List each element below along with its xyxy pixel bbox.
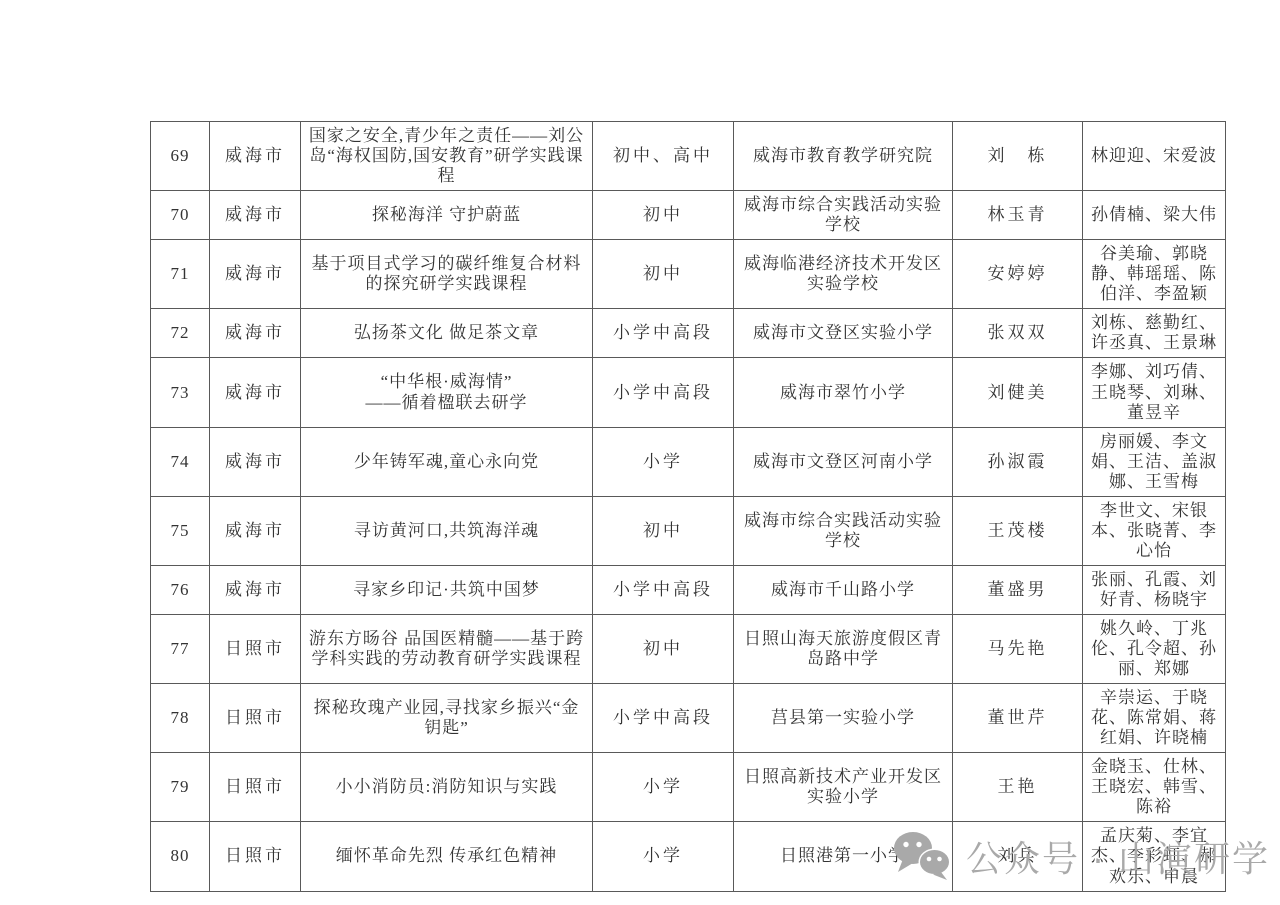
team-members-cell: 李世文、宋银本、张晓菁、李心怡 [1083, 496, 1226, 565]
course-table: 69 威海市 国家之安全,青少年之责任——刘公岛“海权国防,国安教育”研学实践课… [150, 121, 1226, 892]
school-cell: 莒县第一实验小学 [734, 684, 953, 753]
row-number: 71 [151, 240, 210, 309]
team-members-cell: 孙倩楠、梁大伟 [1083, 191, 1226, 240]
table-row: 71 威海市 基于项目式学习的碳纤维复合材料的探究研学实践课程 初中 威海临港经… [151, 240, 1226, 309]
grade-level-cell: 初中 [593, 614, 734, 683]
leader-cell: 董世芹 [953, 684, 1083, 753]
course-name-cell: 寻家乡印记·共筑中国梦 [301, 565, 593, 614]
table-row: 76 威海市 寻家乡印记·共筑中国梦 小学中高段 威海市千山路小学 董盛男 张丽… [151, 565, 1226, 614]
table-row: 73 威海市 “中华根·威海情” ——循着楹联去研学 小学中高段 威海市翠竹小学… [151, 358, 1226, 427]
school-cell: 威海市文登区实验小学 [734, 309, 953, 358]
grade-level-cell: 小学中高段 [593, 684, 734, 753]
leader-cell: 刘 栋 [953, 122, 1083, 191]
course-name-cell: 探秘海洋 守护蔚蓝 [301, 191, 593, 240]
row-number: 75 [151, 496, 210, 565]
course-name-cell: 弘扬茶文化 做足茶文章 [301, 309, 593, 358]
wechat-footer: 公众号 · 山演研学 [892, 829, 1270, 883]
row-number: 70 [151, 191, 210, 240]
team-members-cell: 谷美瑜、郭晓静、韩瑶瑶、陈伯洋、李盈颖 [1083, 240, 1226, 309]
table-row: 79 日照市 小小消防员:消防知识与实践 小学 日照高新技术产业开发区实验小学 … [151, 753, 1226, 822]
document-page: 69 威海市 国家之安全,青少年之责任——刘公岛“海权国防,国安教育”研学实践课… [0, 0, 1280, 905]
leader-cell: 刘健美 [953, 358, 1083, 427]
course-name-cell: 探秘玫瑰产业园,寻找家乡振兴“金钥匙” [301, 684, 593, 753]
leader-cell: 林玉青 [953, 191, 1083, 240]
table-row: 72 威海市 弘扬茶文化 做足茶文章 小学中高段 威海市文登区实验小学 张双双 … [151, 309, 1226, 358]
grade-level-cell: 小学 [593, 822, 734, 891]
table-row: 74 威海市 少年铸军魂,童心永向党 小学 威海市文登区河南小学 孙淑霞 房丽媛… [151, 427, 1226, 496]
leader-cell: 王茂楼 [953, 496, 1083, 565]
table-row: 78 日照市 探秘玫瑰产业园,寻找家乡振兴“金钥匙” 小学中高段 莒县第一实验小… [151, 684, 1226, 753]
city-cell: 日照市 [210, 822, 301, 891]
school-cell: 威海临港经济技术开发区实验学校 [734, 240, 953, 309]
grade-level-cell: 小学 [593, 427, 734, 496]
course-name-cell: 少年铸军魂,童心永向党 [301, 427, 593, 496]
course-name-cell: “中华根·威海情” ——循着楹联去研学 [301, 358, 593, 427]
grade-level-cell: 初中 [593, 191, 734, 240]
city-cell: 威海市 [210, 358, 301, 427]
team-members-cell: 张丽、孔霞、刘好青、杨晓宇 [1083, 565, 1226, 614]
city-cell: 威海市 [210, 496, 301, 565]
grade-level-cell: 初中、高中 [593, 122, 734, 191]
leader-cell: 董盛男 [953, 565, 1083, 614]
grade-level-cell: 小学中高段 [593, 358, 734, 427]
team-members-cell: 刘栋、慈勤红、许丞真、王景琳 [1083, 309, 1226, 358]
grade-level-cell: 小学中高段 [593, 309, 734, 358]
row-number: 74 [151, 427, 210, 496]
school-cell: 威海市千山路小学 [734, 565, 953, 614]
team-members-cell: 金晓玉、仕林、王晓宏、韩雪、陈裕 [1083, 753, 1226, 822]
grade-level-cell: 小学中高段 [593, 565, 734, 614]
row-number: 73 [151, 358, 210, 427]
course-name-cell: 寻访黄河口,共筑海洋魂 [301, 496, 593, 565]
table-row: 75 威海市 寻访黄河口,共筑海洋魂 初中 威海市综合实践活动实验学校 王茂楼 … [151, 496, 1226, 565]
leader-cell: 王艳 [953, 753, 1083, 822]
row-number: 77 [151, 614, 210, 683]
school-cell: 威海市综合实践活动实验学校 [734, 496, 953, 565]
city-cell: 威海市 [210, 240, 301, 309]
school-cell: 威海市综合实践活动实验学校 [734, 191, 953, 240]
team-members-cell: 辛崇运、于晓花、陈常娟、蒋红娟、许晓楠 [1083, 684, 1226, 753]
leader-cell: 马先艳 [953, 614, 1083, 683]
wechat-icon [892, 831, 952, 881]
row-number: 80 [151, 822, 210, 891]
school-cell: 威海市翠竹小学 [734, 358, 953, 427]
city-cell: 威海市 [210, 309, 301, 358]
course-name-cell: 小小消防员:消防知识与实践 [301, 753, 593, 822]
school-cell: 威海市教育教学研究院 [734, 122, 953, 191]
leader-cell: 张双双 [953, 309, 1083, 358]
course-name-cell: 基于项目式学习的碳纤维复合材料的探究研学实践课程 [301, 240, 593, 309]
leader-cell: 孙淑霞 [953, 427, 1083, 496]
course-name-cell: 缅怀革命先烈 传承红色精神 [301, 822, 593, 891]
table-row: 77 日照市 游东方旸谷 品国医精髓——基于跨学科实践的劳动教育研学实践课程 初… [151, 614, 1226, 683]
course-name-cell: 游东方旸谷 品国医精髓——基于跨学科实践的劳动教育研学实践课程 [301, 614, 593, 683]
grade-level-cell: 初中 [593, 240, 734, 309]
wechat-account-label: 公众号 · 山演研学 [966, 831, 1270, 882]
city-cell: 日照市 [210, 614, 301, 683]
school-cell: 日照高新技术产业开发区实验小学 [734, 753, 953, 822]
row-number: 69 [151, 122, 210, 191]
row-number: 72 [151, 309, 210, 358]
team-members-cell: 房丽媛、李文娟、王洁、盖淑娜、王雪梅 [1083, 427, 1226, 496]
city-cell: 日照市 [210, 753, 301, 822]
team-members-cell: 李娜、刘巧倩、王晓琴、刘琳、董昱辛 [1083, 358, 1226, 427]
row-number: 76 [151, 565, 210, 614]
course-name-cell: 国家之安全,青少年之责任——刘公岛“海权国防,国安教育”研学实践课程 [301, 122, 593, 191]
table-row: 70 威海市 探秘海洋 守护蔚蓝 初中 威海市综合实践活动实验学校 林玉青 孙倩… [151, 191, 1226, 240]
city-cell: 威海市 [210, 565, 301, 614]
team-members-cell: 姚久岭、丁兆伦、孔令超、孙丽、郑娜 [1083, 614, 1226, 683]
course-table-body: 69 威海市 国家之安全,青少年之责任——刘公岛“海权国防,国安教育”研学实践课… [151, 122, 1226, 892]
city-cell: 威海市 [210, 427, 301, 496]
city-cell: 日照市 [210, 684, 301, 753]
city-cell: 威海市 [210, 122, 301, 191]
school-cell: 威海市文登区河南小学 [734, 427, 953, 496]
table-row: 69 威海市 国家之安全,青少年之责任——刘公岛“海权国防,国安教育”研学实践课… [151, 122, 1226, 191]
grade-level-cell: 小学 [593, 753, 734, 822]
row-number: 78 [151, 684, 210, 753]
leader-cell: 安婷婷 [953, 240, 1083, 309]
city-cell: 威海市 [210, 191, 301, 240]
team-members-cell: 林迎迎、宋爱波 [1083, 122, 1226, 191]
grade-level-cell: 初中 [593, 496, 734, 565]
school-cell: 日照山海天旅游度假区青岛路中学 [734, 614, 953, 683]
row-number: 79 [151, 753, 210, 822]
